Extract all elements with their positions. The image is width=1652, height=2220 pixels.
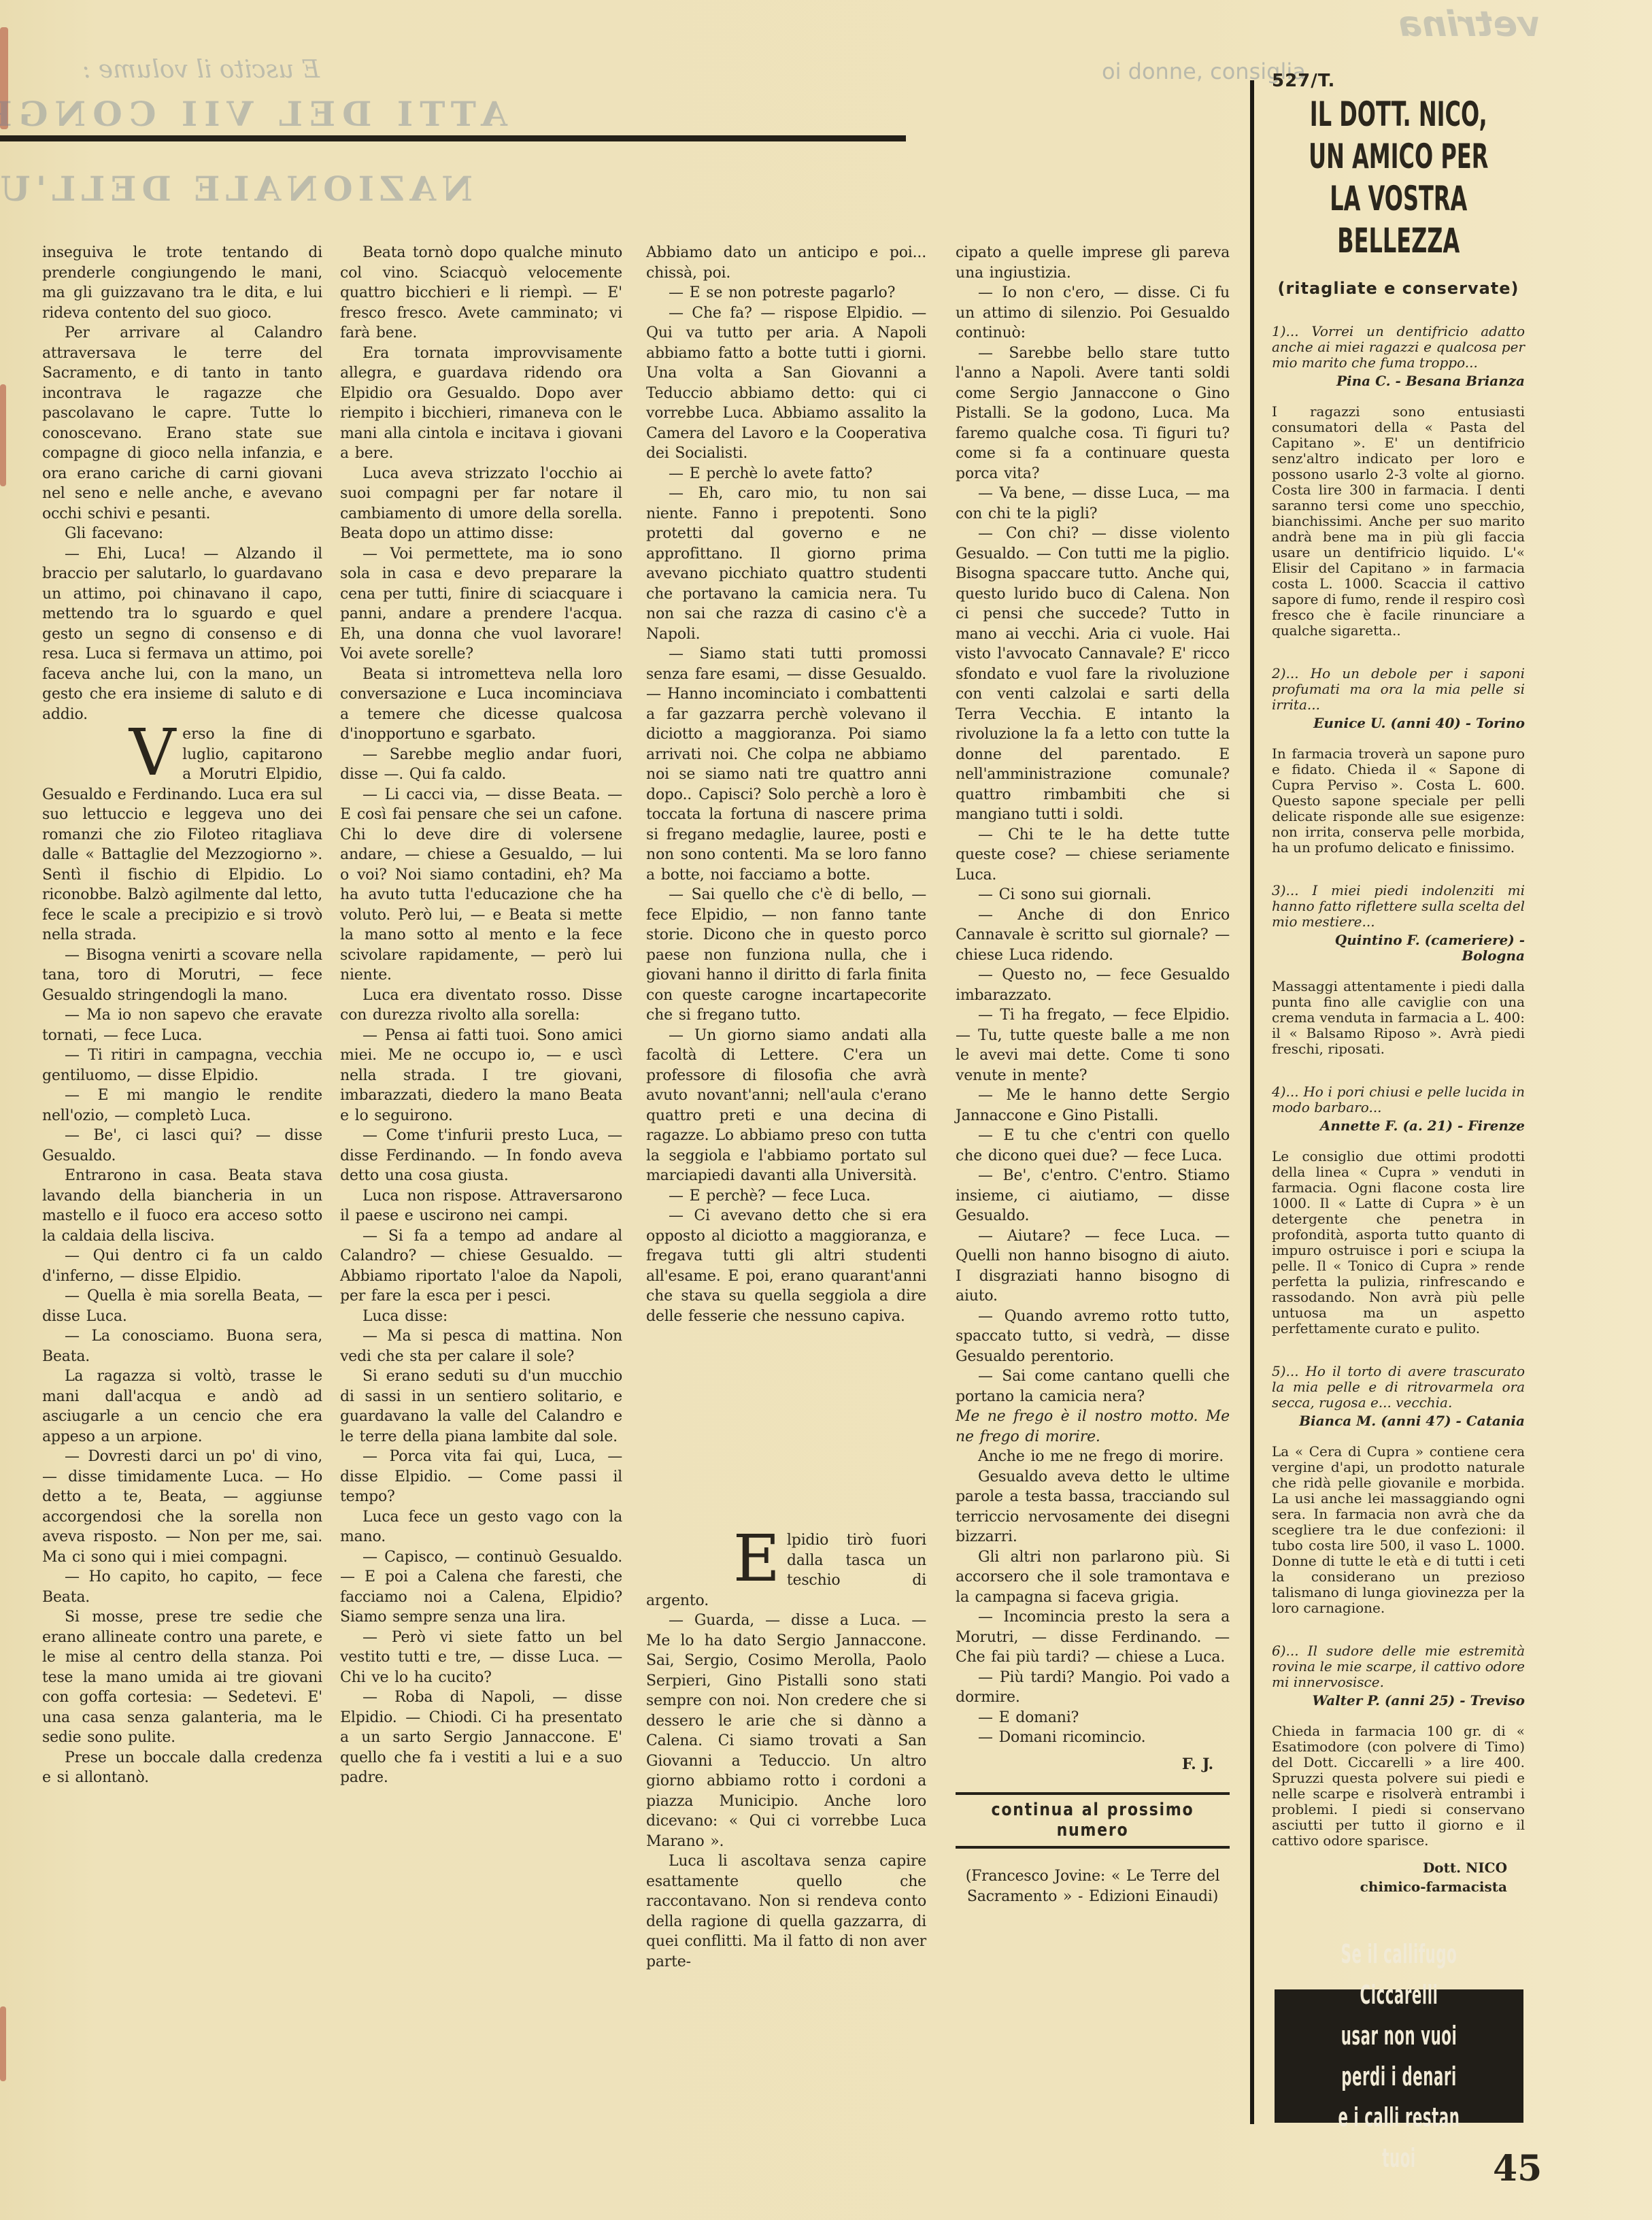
paragraph-text: — Si fa a tempo ad andare al Calandro? —…: [340, 1228, 622, 1305]
story-paragraph: — La conosciamo. Buona sera, Beata.: [42, 1326, 322, 1366]
advice-column: 527/T. IL DOTT. NICO, UN AMICO PER LA VO…: [1272, 73, 1525, 1896]
story-paragraph: — Be', ci lasci qui? — disse Gesualdo.: [42, 1126, 322, 1166]
story-paragraph: Luca non rispose. Attraversarono il paes…: [340, 1186, 622, 1226]
story-paragraph: — Ma io non sapevo che eravate tornati, …: [42, 1005, 322, 1045]
story-paragraph: — Siamo stati tutti promossi senza fare …: [646, 644, 926, 885]
ghost-vetrina: vetrina: [1323, 4, 1540, 45]
paragraph-text: Prese un boccale dalla credenza e si all…: [42, 1749, 322, 1787]
scan-edge-mark: [0, 384, 6, 486]
story-paragraph: — Dovresti darci un po' di vino, — disse…: [42, 1447, 322, 1567]
paragraph-text: — Roba di Napoli, — disse Elpidio. — Chi…: [340, 1689, 622, 1786]
paragraph-text: — Ma io non sapevo che eravate tornati, …: [42, 1007, 322, 1044]
paragraph-text: — Ti ha fregato, — fece Elpidio. — Tu, t…: [956, 1007, 1230, 1084]
story-paragraph: cipato a quelle imprese gli pareva una i…: [956, 243, 1230, 283]
paragraph-text: — E mi mangio le rendite nell'ozio, — co…: [42, 1087, 322, 1124]
paragraph-text: — Però vi siete fatto un bel vestito tut…: [340, 1629, 622, 1686]
story-paragraph: — Però vi siete fatto un bel vestito tut…: [340, 1628, 622, 1688]
story-credit-line-1: (Francesco Jovine: « Le Terre del: [956, 1866, 1230, 1887]
paragraph-text: — Porca vita fai qui, Luca, — disse Elpi…: [340, 1448, 622, 1505]
story-paragraph: — Pensa ai fatti tuoi. Sono amici miei. …: [340, 1026, 622, 1126]
story-paragraph: Verso la fine di luglio, capitarono a Mo…: [42, 724, 322, 945]
story-paragraph: — Si fa a tempo ad andare al Calandro? —…: [340, 1226, 622, 1307]
advice-question: 6)... Il sudore delle mie estremità rovi…: [1272, 1643, 1525, 1690]
story-paragraph: — Aiutare? — fece Luca. — Quelli non han…: [956, 1226, 1230, 1307]
advice-title-line-2: UN AMICO PER: [1272, 135, 1525, 178]
story-paragraph: — Li cacci via, — disse Beata. — E così …: [340, 785, 622, 986]
paragraph-text: — Che fa? — rispose Elpidio. — Qui va tu…: [646, 305, 926, 462]
story-column-2: Beata tornò dopo qualche minuto col vino…: [340, 243, 622, 1788]
paragraph-text: — Ci sono sui giornali.: [978, 886, 1151, 903]
paragraph-text: — Ho capito, ho capito, — fece Beata.: [42, 1568, 322, 1606]
story-paragraph: — Incomincia presto la sera a Morutri, —…: [956, 1607, 1230, 1668]
paragraph-text: — Va bene, — disse Luca, — ma con chi te…: [956, 485, 1230, 522]
advice-answer: I ragazzi sono entusiasti consumatori de…: [1272, 404, 1525, 639]
story-paragraph: Gli facevano:: [42, 524, 322, 544]
story-paragraph: — Roba di Napoli, — disse Elpidio. — Chi…: [340, 1687, 622, 1788]
advice-question: 4)... Ho i pori chiusi e pelle lucida in…: [1272, 1084, 1525, 1115]
story-paragraph: — Voi permettete, ma io sono sola in cas…: [340, 544, 622, 665]
paragraph-text: Abbiamo dato un anticipo e poi... chissà…: [646, 244, 926, 282]
paragraph-text: — Come t'infurii presto Luca, — disse Fe…: [340, 1127, 622, 1184]
story-paragraph: — Qui dentro ci fa un caldo d'inferno, —…: [42, 1246, 322, 1286]
story-paragraph: Gli altri non parlarono più. Si accorser…: [956, 1547, 1230, 1608]
paragraph-text: — Aiutare? — fece Luca. — Quelli non han…: [956, 1228, 1230, 1305]
paragraph-text: — E perchè? — fece Luca.: [669, 1188, 871, 1205]
story-paragraph: — Be', c'entro. C'entro. Stiamo insieme,…: [956, 1166, 1230, 1226]
story-paragraph: Prese un boccale dalla credenza e si all…: [42, 1748, 322, 1788]
story-paragraph: — Me le hanno dette Sergio Jannaccone e …: [956, 1086, 1230, 1126]
story-paragraph: Beata si intrometteva nella loro convers…: [340, 665, 622, 745]
story-paragraph: — Sai quello che c'è di bello, — fece El…: [646, 885, 926, 1026]
paragraph-text: Beata tornò dopo qualche minuto col vino…: [340, 244, 622, 341]
paragraph-text: Anche io me ne frego di morire.: [978, 1448, 1224, 1465]
paragraph-text: Luca li ascoltava senza capire esattamen…: [646, 1853, 926, 1970]
advice-signature: Bianca M. (anni 47) - Catania: [1272, 1413, 1525, 1429]
advice-answer: Le consiglio due ottimi prodotti della l…: [1272, 1149, 1525, 1336]
paragraph-text: — Capisco, — continuò Gesualdo. — E poi …: [340, 1549, 622, 1626]
paragraph-text: — Voi permettete, ma io sono sola in cas…: [340, 545, 622, 663]
story-paragraph: — Con chi? — disse violento Gesualdo. — …: [956, 524, 1230, 825]
paragraph-text: — Quella è mia sorella Beata, — disse Lu…: [42, 1288, 322, 1325]
advice-question: 5)... Ho il torto di avere trascurato la…: [1272, 1364, 1525, 1411]
paragraph-text: — Eh, caro mio, tu non sai niente. Fanno…: [646, 485, 926, 643]
page-number: 45: [1493, 2148, 1542, 2189]
advice-signature: Quintino F. (cameriere) - Bologna: [1272, 932, 1525, 964]
story-paragraph: Luca aveva strizzato l'occhio ai suoi co…: [340, 464, 622, 544]
ghost-congress-headline-1: ATTI DEL VII CONGRESSO: [45, 94, 507, 134]
paragraph-text: — Sarebbe bello stare tutto l'anno a Nap…: [956, 345, 1230, 482]
advice-question: 3)... I miei piedi indolenziti mi hanno …: [1272, 883, 1525, 930]
story-paragraph: — Sai come cantano quelli che portano la…: [956, 1366, 1230, 1407]
paragraph-text: — Me le hanno dette Sergio Jannaccone e …: [956, 1087, 1230, 1124]
story-paragraph: — Bisogna venirti a scovare nella tana, …: [42, 945, 322, 1006]
story-paragraph: — E tu che c'entri con quello che dicono…: [956, 1126, 1230, 1166]
advice-answer: La « Cera di Cupra » contiene cera vergi…: [1272, 1444, 1525, 1616]
paragraph-text: — Incomincia presto la sera a Morutri, —…: [956, 1609, 1230, 1666]
advice-subtitle: (ritagliate e conservate): [1272, 281, 1525, 297]
paragraph-text: — Quando avremo rotto tutto, spaccato tu…: [956, 1308, 1230, 1365]
paragraph-text: erso la fine di luglio, capitarono a Mor…: [42, 726, 322, 943]
advice-code: 527/T.: [1272, 73, 1525, 89]
paragraph-text: Gli facevano:: [65, 525, 163, 542]
advice-item: 5)... Ho il torto di avere trascurato la…: [1272, 1364, 1525, 1616]
paragraph-text: — Ma si pesca di mattina. Non vedi che s…: [340, 1328, 622, 1365]
paragraph-text: Luca disse:: [363, 1308, 448, 1325]
paragraph-text: cipato a quelle imprese gli pareva una i…: [956, 244, 1230, 282]
story-paragraph: — Ho capito, ho capito, — fece Beata.: [42, 1567, 322, 1607]
story-paragraph: Entrarono in casa. Beata stava lavando d…: [42, 1166, 322, 1246]
advice-question: 1)... Vorrei un dentifricio adatto anche…: [1272, 324, 1525, 371]
story-paragraph: — Ti ritiri in campagna, vecchia gentilu…: [42, 1045, 322, 1086]
story-paragraph: — Ci avevano detto che si era opposto al…: [646, 1206, 926, 1326]
advice-item: 6)... Il sudore delle mie estremità rovi…: [1272, 1643, 1525, 1849]
paragraph-text: lpidio tirò fuori dalla tasca un teschio…: [646, 1532, 926, 1609]
paragraph-text: Si erano seduti su d'un mucchio di sassi…: [340, 1368, 622, 1445]
magazine-page: E uscito il volume : ATTI DEL VII CONGRE…: [0, 0, 1652, 2220]
paragraph-text: — Siamo stati tutti promossi senza fare …: [646, 645, 926, 884]
paragraph-text: — La conosciamo. Buona sera, Beata.: [42, 1328, 322, 1365]
ghost-congress-headline-2: NAZIONALE DELL'U.D.I.: [65, 169, 473, 209]
story-column-3: Abbiamo dato un anticipo e poi... chissà…: [646, 243, 926, 1972]
paragraph-text: — Ci avevano detto che si era opposto al…: [646, 1207, 926, 1325]
story-paragraph: — Chi te le ha dette tutte queste cose? …: [956, 825, 1230, 886]
advice-title: IL DOTT. NICO, UN AMICO PER LA VOSTRA BE…: [1272, 93, 1525, 262]
paragraph-text: Per arrivare al Calandro attraversava le…: [42, 324, 322, 522]
paragraph-text: Luca fece un gesto vago con la mano.: [340, 1509, 622, 1546]
continuation-notice-text: continua al prossimo numero: [956, 1800, 1230, 1840]
paragraph-text: — Chi te le ha dette tutte queste cose? …: [956, 826, 1230, 884]
drop-cap: E: [733, 1532, 780, 1586]
paragraph-text: — Be', ci lasci qui? — disse Gesualdo.: [42, 1127, 322, 1164]
paragraph-text: Entrarono in casa. Beata stava lavando d…: [42, 1167, 322, 1245]
advice-answer: Chieda in farmacia 100 gr. di « Esatimod…: [1272, 1723, 1525, 1849]
paragraph-text: — Pensa ai fatti tuoi. Sono amici miei. …: [340, 1027, 622, 1124]
ciccarelli-ad-line-3: e i calli restan tuoi: [1330, 2097, 1469, 2179]
advice-signature: Eunice U. (anni 40) - Torino: [1272, 716, 1525, 731]
advice-item: 2)... Ho un debole per i saponi profumat…: [1272, 666, 1525, 856]
paragraph-text: — E se non potreste pagarlo?: [669, 284, 895, 301]
paragraph-text: — E domani?: [978, 1709, 1079, 1726]
author-initials: F. J.: [956, 1755, 1230, 1775]
top-rule: [0, 135, 906, 141]
ghost-volume-note: E uscito il volume :: [75, 56, 320, 84]
advice-signature: Walter P. (anni 25) - Treviso: [1272, 1693, 1525, 1709]
story-column-1: inseguiva le trote tentando di prenderle…: [42, 243, 322, 1788]
paragraph-text: — Qui dentro ci fa un caldo d'inferno, —…: [42, 1247, 322, 1285]
story-paragraph: — Anche di don Enrico Cannavale è scritt…: [956, 905, 1230, 966]
advice-item: 3)... I miei piedi indolenziti mi hanno …: [1272, 883, 1525, 1057]
story-paragraph: Beata tornò dopo qualche minuto col vino…: [340, 243, 622, 343]
advice-signoff: Dott. NICO chimico-farmacista: [1272, 1858, 1525, 1896]
ciccarelli-ad-box: Se il callifugo Ciccarelli usar non vuoi…: [1275, 1989, 1523, 2123]
paragraph-text: Era tornata improvvisamente allegra, e g…: [340, 345, 622, 462]
story-paragraph: — Domani ricomincio.: [956, 1728, 1230, 1748]
story-paragraph: — Eh, caro mio, tu non sai niente. Fanno…: [646, 484, 926, 644]
advice-signoff-name: Dott. NICO: [1272, 1858, 1507, 1877]
paragraph-text: — Anche di don Enrico Cannavale è scritt…: [956, 907, 1230, 964]
paragraph-text: — Più tardi? Mangio. Poi vado a dormire.: [956, 1669, 1230, 1706]
paragraph-text: — Guarda, — disse a Luca. — Me lo ha dat…: [646, 1612, 926, 1850]
story-paragraph: — Ci sono sui giornali.: [956, 885, 1230, 905]
story-paragraph: Luca disse:: [340, 1307, 622, 1327]
story-credit: (Francesco Jovine: « Le Terre del Sacram…: [956, 1866, 1230, 1907]
story-paragraph: Per arrivare al Calandro attraversava le…: [42, 323, 322, 524]
paragraph-text: La ragazza si voltò, trasse le mani dall…: [42, 1368, 322, 1445]
paragraph-text: Luca era diventato rosso. Disse con dure…: [340, 987, 622, 1024]
story-paragraph: Gesualdo aveva detto le ultime parole a …: [956, 1467, 1230, 1547]
paragraph-text: — Bisogna venirti a scovare nella tana, …: [42, 947, 322, 1004]
advice-signature: Pina C. - Besana Brianza: [1272, 373, 1525, 389]
story-paragraph: — Io non c'ero, — disse. Ci fu un attimo…: [956, 283, 1230, 343]
story-paragraph: Luca fece un gesto vago con la mano.: [340, 1507, 622, 1547]
advice-title-line-3: LA VOSTRA BELLEZZA: [1272, 178, 1525, 262]
advice-question: 2)... Ho un debole per i saponi profumat…: [1272, 666, 1525, 713]
advice-title-line-1: IL DOTT. NICO,: [1272, 93, 1525, 135]
continuation-notice: continua al prossimo numero: [956, 1792, 1230, 1849]
story-paragraph: — Quella è mia sorella Beata, — disse Lu…: [42, 1286, 322, 1326]
ciccarelli-ad-line-2: usar non vuoi perdi i denari: [1330, 2015, 1469, 2097]
paragraph-text: — Con chi? — disse violento Gesualdo. — …: [956, 525, 1230, 823]
story-paragraph: Si mosse, prese tre sedie che erano alli…: [42, 1607, 322, 1748]
story-paragraph: — Sarebbe meglio andar fuori, disse —. Q…: [340, 745, 622, 785]
story-paragraph: — Ti ha fregato, — fece Elpidio. — Tu, t…: [956, 1005, 1230, 1086]
story-paragraph: — Quando avremo rotto tutto, spaccato tu…: [956, 1307, 1230, 1367]
paragraph-text: Gli altri non parlarono più. Si accorser…: [956, 1549, 1230, 1606]
advice-item: 1)... Vorrei un dentifricio adatto anche…: [1272, 324, 1525, 639]
story-paragraph: Era tornata improvvisamente allegra, e g…: [340, 343, 622, 464]
story-paragraph: — Ma si pesca di mattina. Non vedi che s…: [340, 1326, 622, 1366]
story-column-4-paragraphs: cipato a quelle imprese gli pareva una i…: [956, 243, 1230, 1748]
paragraph-text: inseguiva le trote tentando di prenderle…: [42, 244, 322, 322]
paragraph-text: — Domani ricomincio.: [978, 1729, 1145, 1746]
story-paragraph: — Ehi, Luca! — Alzando il braccio per sa…: [42, 544, 322, 725]
story-paragraph: — Un giorno siamo andati alla facoltà di…: [646, 1026, 926, 1186]
paragraph-text: — Be', c'entro. C'entro. Stiamo insieme,…: [956, 1167, 1230, 1224]
scan-edge-mark: [0, 2006, 6, 2081]
ciccarelli-ad-text: Se il callifugo Ciccarelli usar non vuoi…: [1330, 1934, 1469, 2179]
paragraph-text: Luca aveva strizzato l'occhio ai suoi co…: [340, 465, 622, 543]
paragraph-text: — Li cacci via, — disse Beata. — E così …: [340, 786, 622, 984]
advice-answer: Massaggi attentamente i piedi dalla punt…: [1272, 979, 1525, 1057]
story-paragraph: Abbiamo dato un anticipo e poi... chissà…: [646, 243, 926, 283]
story-paragraph: Me ne frego è il nostro motto. Me ne fre…: [956, 1407, 1230, 1447]
paragraph-text: — Un giorno siamo andati alla facoltà di…: [646, 1027, 926, 1185]
story-paragraph: Si erano seduti su d'un mucchio di sassi…: [340, 1366, 622, 1447]
paragraph-text: Me ne frego è il nostro motto. Me ne fre…: [956, 1408, 1230, 1445]
story-paragraph: Anche io me ne frego di morire.: [956, 1447, 1230, 1467]
story-paragraph: Luca era diventato rosso. Disse con dure…: [340, 986, 622, 1026]
paragraph-text: Gesualdo aveva detto le ultime parole a …: [956, 1468, 1230, 1546]
drop-cap: V: [129, 726, 175, 780]
story-paragraph: — Capisco, — continuò Gesualdo. — E poi …: [340, 1547, 622, 1628]
story-paragraph: — Va bene, — disse Luca, — ma con chi te…: [956, 484, 1230, 524]
story-paragraph: — E domani?: [956, 1708, 1230, 1728]
story-paragraph: inseguiva le trote tentando di prenderle…: [42, 243, 322, 323]
paragraph-text: Luca non rispose. Attraversarono il paes…: [340, 1188, 622, 1225]
story-paragraph: — E perchè? — fece Luca.: [646, 1186, 926, 1207]
paragraph-text: — Ti ritiri in campagna, vecchia gentilu…: [42, 1047, 322, 1084]
column-divider-rule: [1250, 80, 1254, 2124]
advice-signature: Annette F. (a. 21) - Firenze: [1272, 1118, 1525, 1134]
story-paragraph: — E mi mangio le rendite nell'ozio, — co…: [42, 1086, 322, 1126]
paragraph-text: — Questo no, — fece Gesualdo imbarazzato…: [956, 966, 1230, 1004]
paragraph-text: — E tu che c'entri con quello che dicono…: [956, 1127, 1230, 1164]
story-paragraph: — Guarda, — disse a Luca. — Me lo ha dat…: [646, 1611, 926, 1851]
story-paragraph: — Porca vita fai qui, Luca, — disse Elpi…: [340, 1447, 622, 1507]
advice-signoff-role: chimico-farmacista: [1272, 1877, 1507, 1896]
advice-item: 4)... Ho i pori chiusi e pelle lucida in…: [1272, 1084, 1525, 1336]
story-column-4: cipato a quelle imprese gli pareva una i…: [956, 243, 1230, 1907]
paragraph-text: Beata si intrometteva nella loro convers…: [340, 666, 622, 743]
story-paragraph: — Che fa? — rispose Elpidio. — Qui va tu…: [646, 303, 926, 464]
story-paragraph: La ragazza si voltò, trasse le mani dall…: [42, 1366, 322, 1447]
paragraph-text: — Sai quello che c'è di bello, — fece El…: [646, 886, 926, 1024]
story-paragraph: — Come t'infurii presto Luca, — disse Fe…: [340, 1126, 622, 1186]
story-paragraph: — Più tardi? Mangio. Poi vado a dormire.: [956, 1668, 1230, 1708]
story-credit-line-2: Sacramento » - Edizioni Einaudi): [956, 1887, 1230, 1907]
story-paragraph: — Questo no, — fece Gesualdo imbarazzato…: [956, 965, 1230, 1005]
paragraph-text: Si mosse, prese tre sedie che erano alli…: [42, 1609, 322, 1746]
scan-edge-mark: [0, 27, 8, 129]
story-paragraph: Elpidio tirò fuori dalla tasca un teschi…: [646, 1530, 926, 1611]
story-paragraph: Luca li ascoltava senza capire esattamen…: [646, 1851, 926, 1972]
ciccarelli-ad-line-1: Se il callifugo Ciccarelli: [1330, 1934, 1469, 2015]
advice-items: 1)... Vorrei un dentifricio adatto anche…: [1272, 324, 1525, 1849]
story-paragraph: — E se non potreste pagarlo?: [646, 283, 926, 303]
paragraph-text: — Sai come cantano quelli che portano la…: [956, 1368, 1230, 1405]
paragraph-text: — E perchè lo avete fatto?: [669, 465, 873, 482]
paragraph-text: — Dovresti darci un po' di vino, — disse…: [42, 1448, 322, 1566]
story-paragraph: — E perchè lo avete fatto?: [646, 464, 926, 484]
paragraph-text: — Io non c'ero, — disse. Ci fu un attimo…: [956, 284, 1230, 341]
advice-answer: In farmacia troverà un sapone puro e fid…: [1272, 746, 1525, 856]
paragraph-text: — Sarebbe meglio andar fuori, disse —. Q…: [340, 746, 622, 784]
story-paragraph: — Sarebbe bello stare tutto l'anno a Nap…: [956, 343, 1230, 484]
paragraph-text: — Ehi, Luca! — Alzando il braccio per sa…: [42, 545, 322, 723]
